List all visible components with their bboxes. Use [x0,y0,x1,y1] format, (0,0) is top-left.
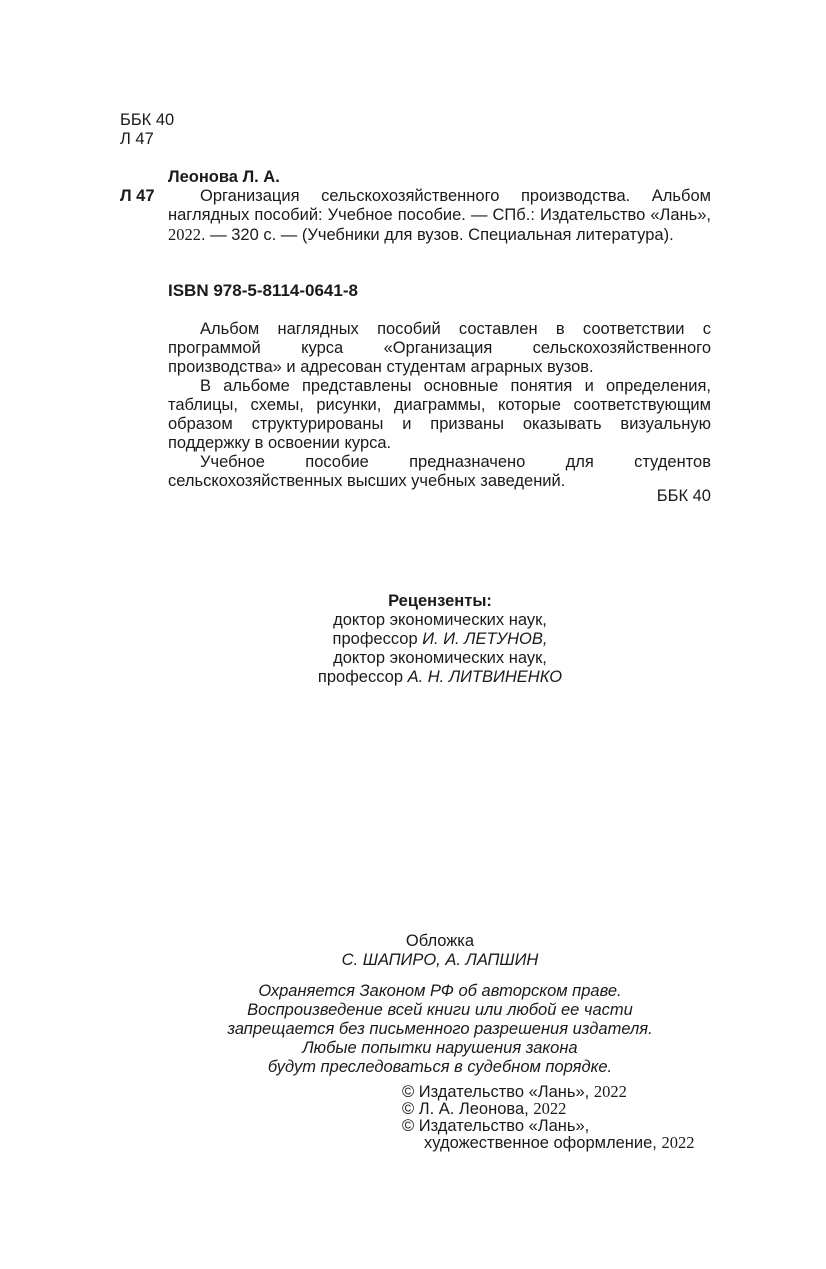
catalog-code: Л 47 [120,187,155,206]
notice-line: будут преследоваться в судебном порядке. [0,1058,826,1077]
abstract-paragraph: Учебное пособие предназначено для студен… [168,453,711,491]
bib-tail: . — 320 с. — (Учебники для вузов. Специа… [201,226,674,244]
notice-line: Любые попытки нарушения закона [0,1039,826,1058]
abstract-bbk: ББК 40 [168,487,711,506]
reviewers-block: Рецензенты: доктор экономических наук, п… [0,592,826,687]
bib-title: Организация сельскохозяйственного произв… [168,187,711,224]
copyright-line: художественное оформление, 2022 [402,1134,694,1151]
copyright-text: © Издательство «Лань», [402,1117,589,1135]
reviewer-title: профессор [318,668,408,686]
reviewer-line: профессор И. И. ЛЕТУНОВ, [0,630,826,649]
notice-line: запрещается без письменного разрешения и… [0,1020,826,1039]
reviewer-line: профессор А. Н. ЛИТВИНЕНКО [0,668,826,687]
copyright-line: © Издательство «Лань», 2022 [402,1083,694,1100]
copyright-year: 2022 [661,1133,694,1152]
bibliographic-description: Организация сельскохозяйственного произв… [168,187,711,245]
author-name: Леонова Л. А. [168,168,280,187]
copyright-year: 2022 [594,1082,627,1101]
copyright-text: художественное оформление, [424,1134,661,1152]
reviewer-name: И. И. ЛЕТУНОВ, [422,630,547,648]
reviewer-degree: доктор экономических наук, [0,611,826,630]
copyright-notice: Охраняется Законом РФ об авторском праве… [0,982,826,1077]
cover-credits: Обложка С. ШАПИРО, А. ЛАПШИН [0,932,826,970]
cover-designers: С. ШАПИРО, А. ЛАПШИН [0,951,826,970]
author-mark: Л 47 [120,130,174,149]
classification-block: ББК 40 Л 47 [120,111,174,149]
notice-line: Воспроизведение всей книги или любой ее … [0,1001,826,1020]
copyright-text: © Л. А. Леонова, [402,1100,533,1118]
copyright-line: © Издательство «Лань», [402,1117,694,1134]
reviewer-name: А. Н. ЛИТВИНЕНКО [408,668,562,686]
abstract: Альбом наглядных пособий составлен в соо… [168,320,711,491]
reviewer-title: профессор [333,630,423,648]
isbn: ISBN 978-5-8114-0641-8 [168,281,358,300]
copyright-line: © Л. А. Леонова, 2022 [402,1100,694,1117]
abstract-paragraph: В альбоме представлены основные понятия … [168,377,711,453]
notice-line: Охраняется Законом РФ об авторском праве… [0,982,826,1001]
abstract-paragraph: Альбом наглядных пособий составлен в соо… [168,320,711,377]
bib-year: 2022 [168,225,201,244]
copyright-lines: © Издательство «Лань», 2022 © Л. А. Леон… [402,1083,694,1151]
reviewers-heading: Рецензенты: [0,592,826,611]
copyright-year: 2022 [533,1099,566,1118]
cover-label: Обложка [0,932,826,951]
bbk-code: ББК 40 [120,111,174,130]
reviewer-degree: доктор экономических наук, [0,649,826,668]
